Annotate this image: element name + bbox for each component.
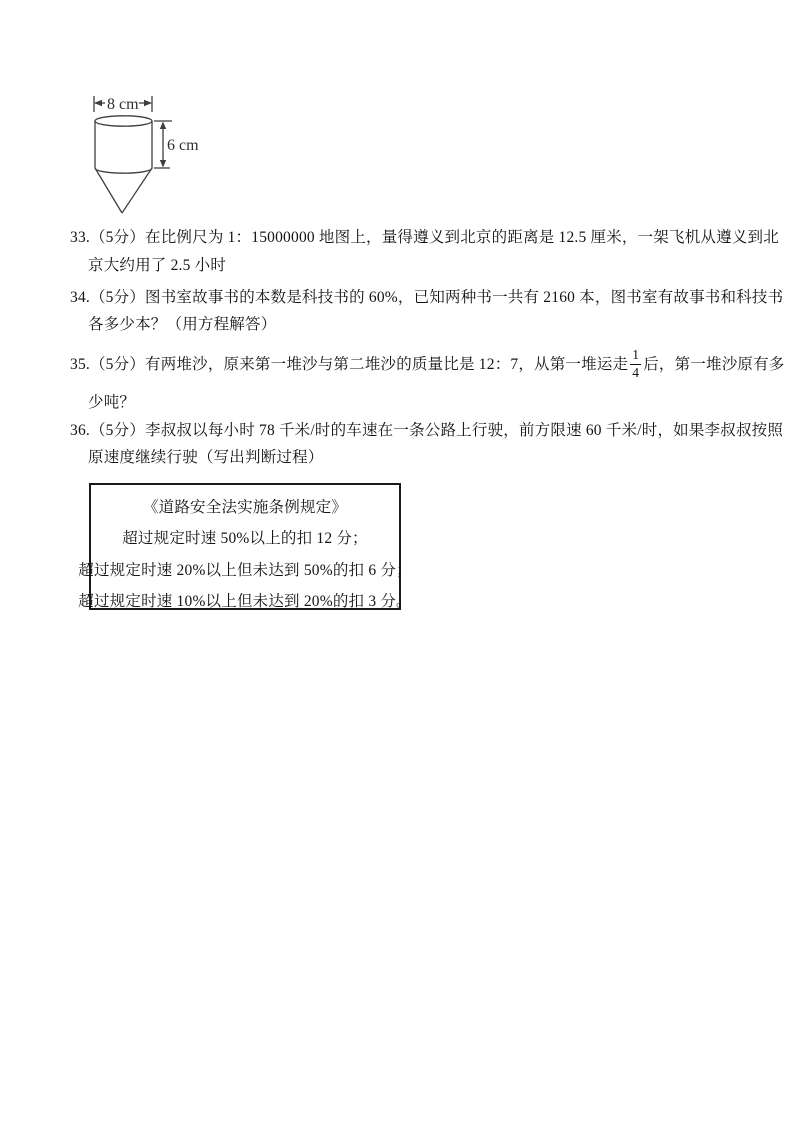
cone-right-edge <box>122 168 152 213</box>
question-35-line-1-before: 35.（5分）有两堆沙，原来第一堆沙与第二堆沙的质量比是 12：7，从第一堆运走 <box>70 356 628 373</box>
regulation-box-title: 《道路安全法实施条例规定》 <box>91 490 399 522</box>
question-36-line-2: 原速度继续行驶（写出判断过程） <box>88 449 324 466</box>
fraction-one-quarter: 1 4 <box>630 348 641 381</box>
question-35-line-1: 35.（5分）有两堆沙，原来第一堆沙与第二堆沙的质量比是 12：7，从第一堆运走… <box>70 346 785 383</box>
cone-left-edge <box>95 168 122 213</box>
question-33-line-2: 京大约用了 2.5 小时 <box>88 257 226 274</box>
cylinder-cone-figure: 8 cm 6 cm <box>80 88 200 220</box>
cylinder-bottom-arc <box>95 168 152 173</box>
question-33-line-1: 33.（5分）在比例尺为 1：15000000 地图上，量得遵义到北京的距离是 … <box>70 229 779 246</box>
arrowhead-up-icon <box>160 122 166 130</box>
question-34-line-2: 各多少本？（用方程解答） <box>88 316 276 333</box>
regulation-box: 《道路安全法实施条例规定》 超过规定时速 50%以上的扣 12 分； 超过规定时… <box>89 483 401 610</box>
question-35-line-2: 少吨？ <box>88 394 135 411</box>
fraction-denominator: 4 <box>632 365 639 381</box>
regulation-rule-3: 超过规定时速 10%以上但未达到 20%的扣 3 分。 <box>91 585 399 617</box>
arrowhead-down-icon <box>160 160 166 168</box>
cylinder-top-ellipse <box>95 116 152 126</box>
regulation-rule-2: 超过规定时速 20%以上但未达到 50%的扣 6 分； <box>91 553 399 585</box>
fraction-numerator: 1 <box>630 348 641 365</box>
arrowhead-left-icon <box>94 100 102 107</box>
question-36-line-1: 36.（5分）李叔叔以每小时 78 千米/时的车速在一条公路上行驶，前方限速 6… <box>70 422 783 439</box>
regulation-rule-1: 超过规定时速 50%以上的扣 12 分； <box>91 522 399 554</box>
arrowhead-right-icon <box>144 100 152 107</box>
question-34-line-1: 34.（5分）图书室故事书的本数是科技书的 60%，已知两种书一共有 2160 … <box>70 289 783 306</box>
document-page: 8 cm 6 cm 33.（5分）在比例尺为 1：15000000 地图上，量得… <box>0 0 794 1123</box>
figure-diameter-label: 8 cm <box>107 96 139 113</box>
cylinder-cone-figure-svg: 8 cm 6 cm <box>80 88 200 220</box>
figure-height-label: 6 cm <box>167 137 199 154</box>
question-35-line-1-after: 后，第一堆沙原有多 <box>643 356 784 373</box>
